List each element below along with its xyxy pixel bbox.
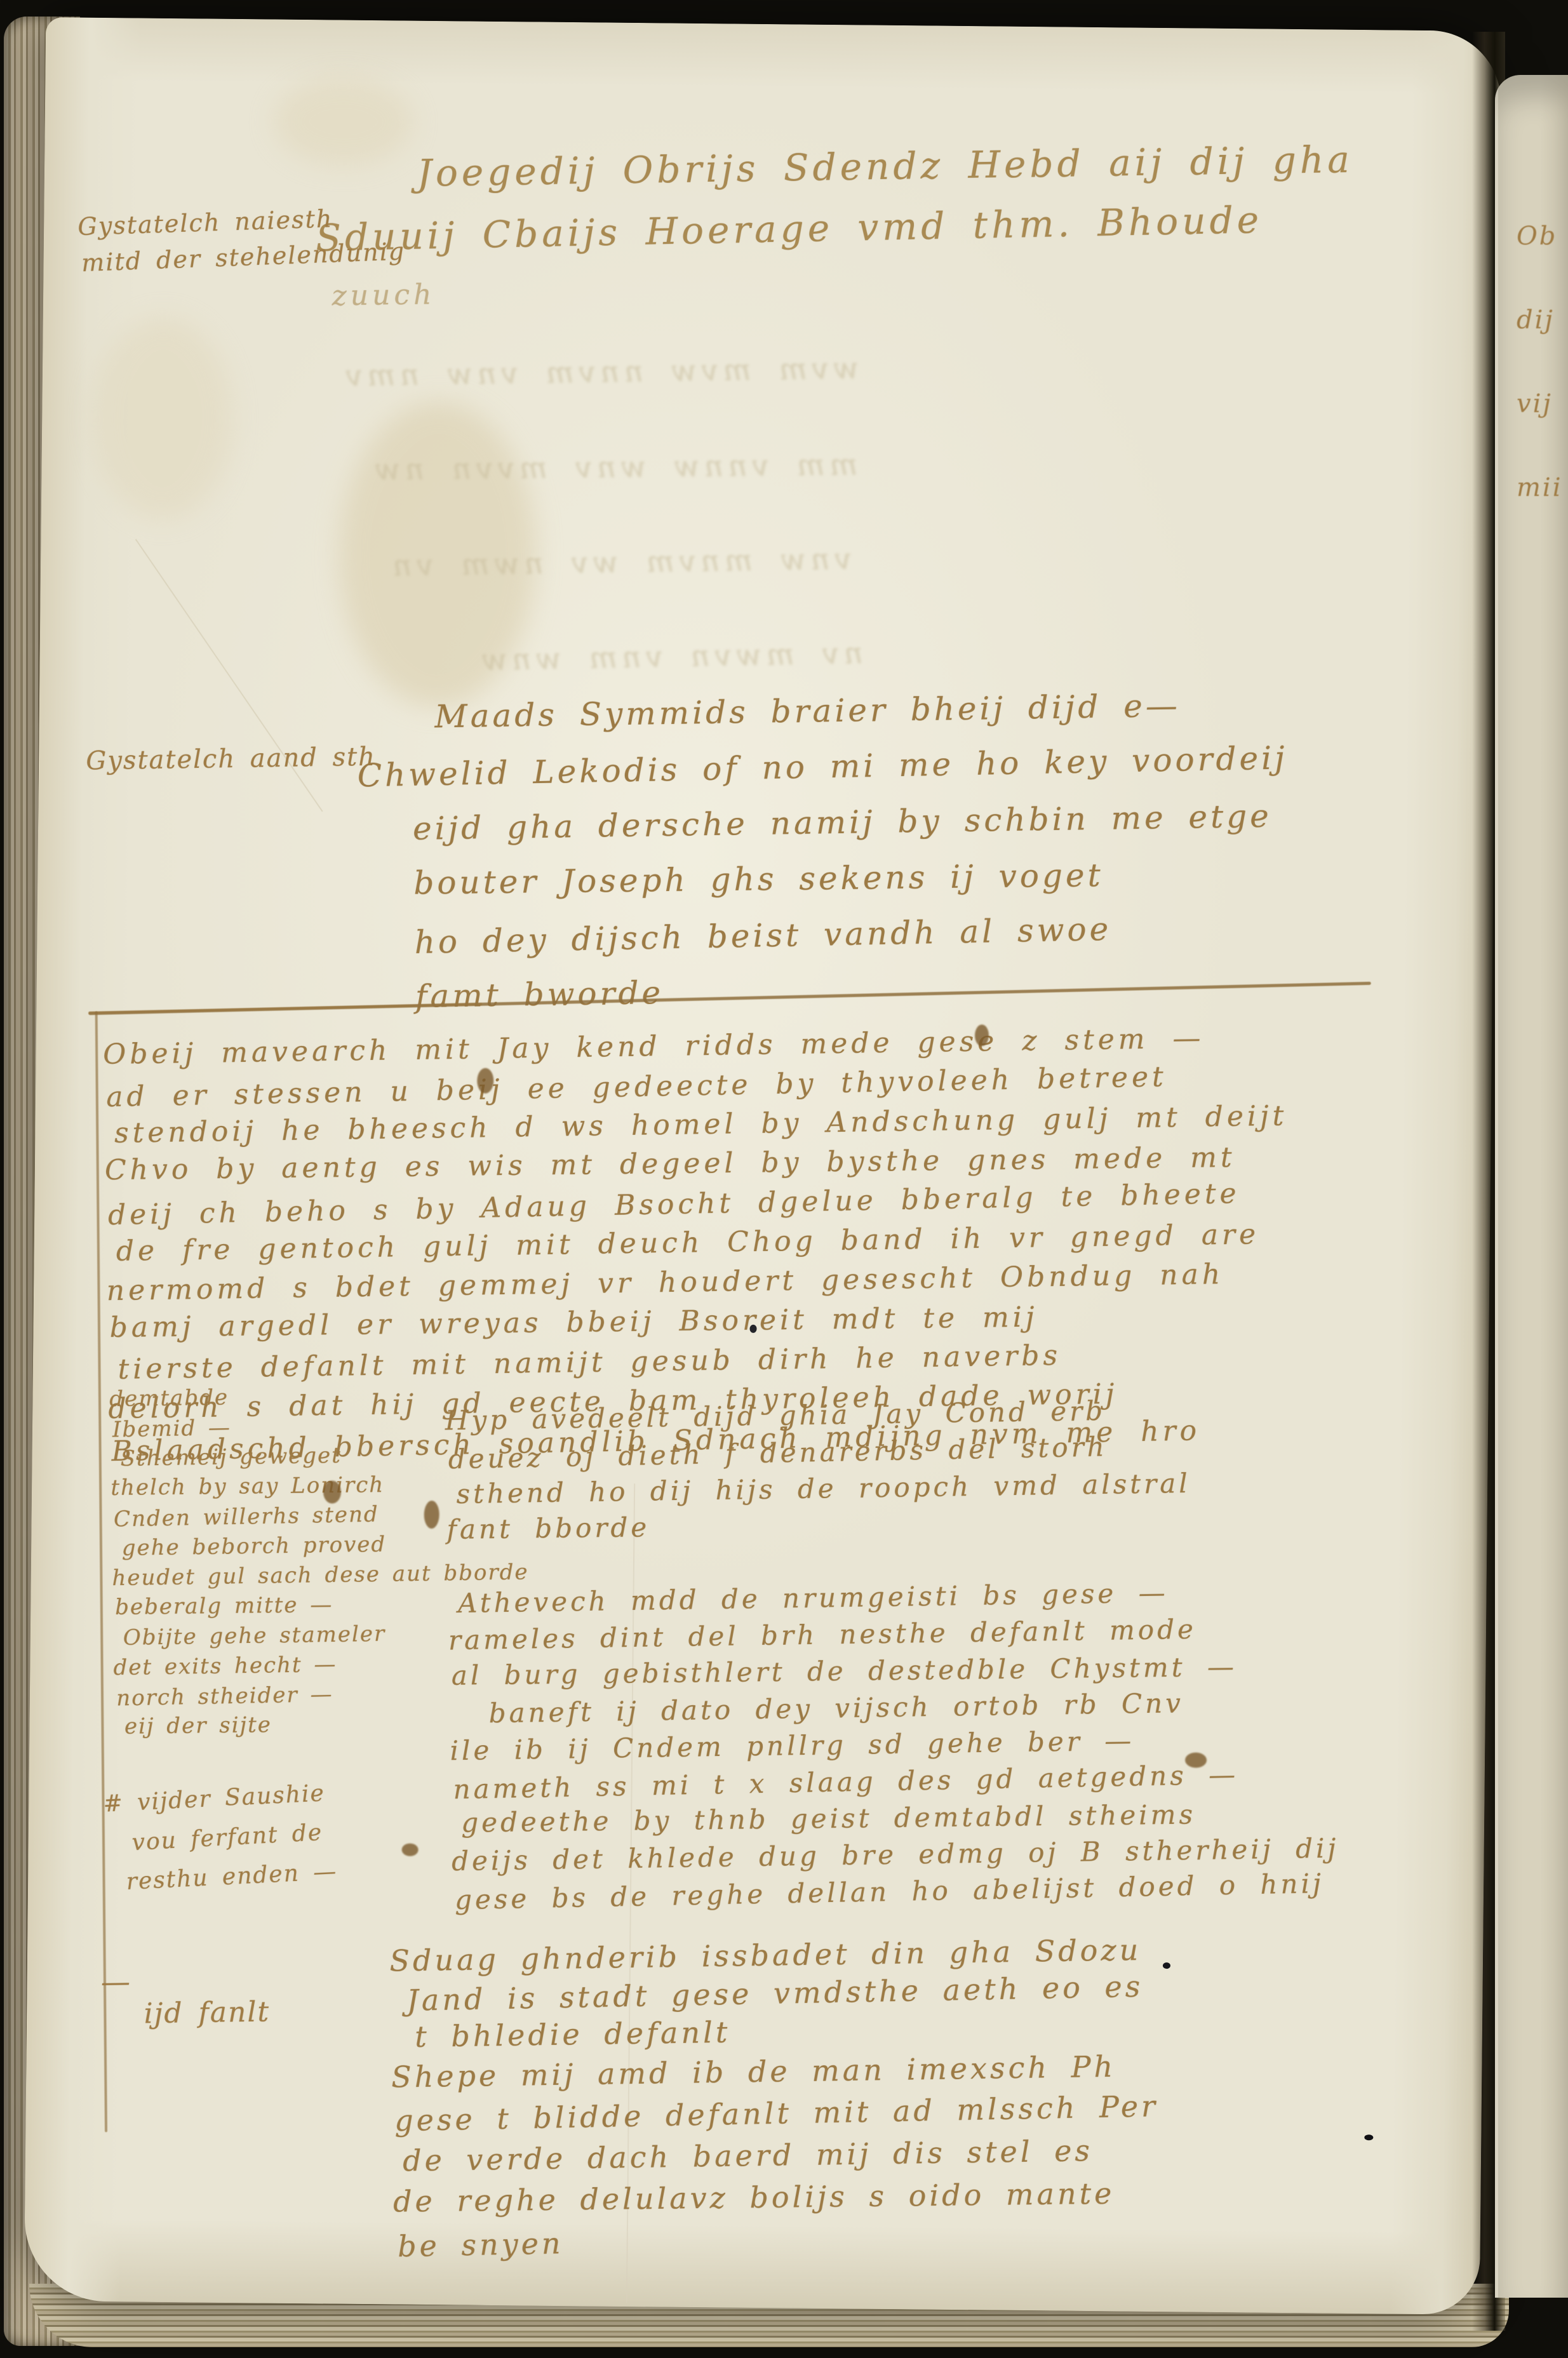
margin-note: ijd fanlt: [144, 1995, 270, 2032]
paragraph: Maads Symmids braier bheij dijd e— Chwel…: [374, 676, 1292, 1025]
handwritten-fragment: vij: [1517, 362, 1563, 446]
handwritten-fragment: mii: [1517, 446, 1563, 530]
margin-note-line: —: [100, 1964, 131, 2000]
margin-note: Gystatelch aand sth: [86, 739, 376, 779]
show-through-ghost-text: wvm mvw nnvm vnw nmv mm vnnw wnv mvvn nw…: [340, 321, 863, 709]
margin-note: # vijder Saushie vou ferfant de resthu e…: [102, 1774, 338, 1903]
ink-speck: [1364, 2134, 1373, 2140]
ink-blot: [402, 1844, 419, 1856]
ink-blot: [1185, 1752, 1207, 1767]
photo-backdrop: Joegedij Obrijs Sdendz Hebd aij dij gha …: [0, 0, 1568, 2358]
ghost-line: vnw mnvm wv nwm vn: [343, 511, 852, 614]
margin-note-line: Gystatelch aand sth: [86, 739, 376, 779]
margin-note-line: ijd fanlt: [144, 1995, 270, 2032]
paragraph: Sduag ghnderib issbadet din gha Sdozu Ja…: [389, 1931, 1144, 2056]
facing-page-text-fragments: Ob dij vij mii: [1517, 194, 1563, 530]
manuscript-page: Joegedij Obrijs Sdendz Hebd aij dij gha …: [24, 17, 1501, 2315]
ink-speck: [749, 1325, 756, 1333]
handwritten-fragment: Ob: [1517, 194, 1563, 278]
ghost-line: mm vnnw wnv mvvn nw: [342, 417, 858, 517]
heading-block: Joegedij Obrijs Sdendz Hebd aij dij gha …: [312, 129, 1355, 327]
margin-dash: —: [100, 1964, 131, 2000]
ink-speck: [1163, 1962, 1170, 1969]
ghost-line: wvm mvw nnvm vnw nmv: [340, 321, 859, 424]
handwriting-layer: Joegedij Obrijs Sdendz Hebd aij dij gha …: [24, 17, 1501, 2315]
margin-note: Gystatelch naiesth mitd der stehelenduni…: [77, 199, 406, 281]
indented-column: Hyp avedeelt dijd ghia Jay Cond erb deue…: [445, 1390, 1339, 1917]
handwritten-fragment: dij: [1517, 278, 1563, 362]
facing-page-edge: Ob dij vij mii: [1495, 75, 1568, 2298]
paragraph: Shepe mij amd ib de man imexsch Ph gese …: [391, 2045, 1161, 2266]
